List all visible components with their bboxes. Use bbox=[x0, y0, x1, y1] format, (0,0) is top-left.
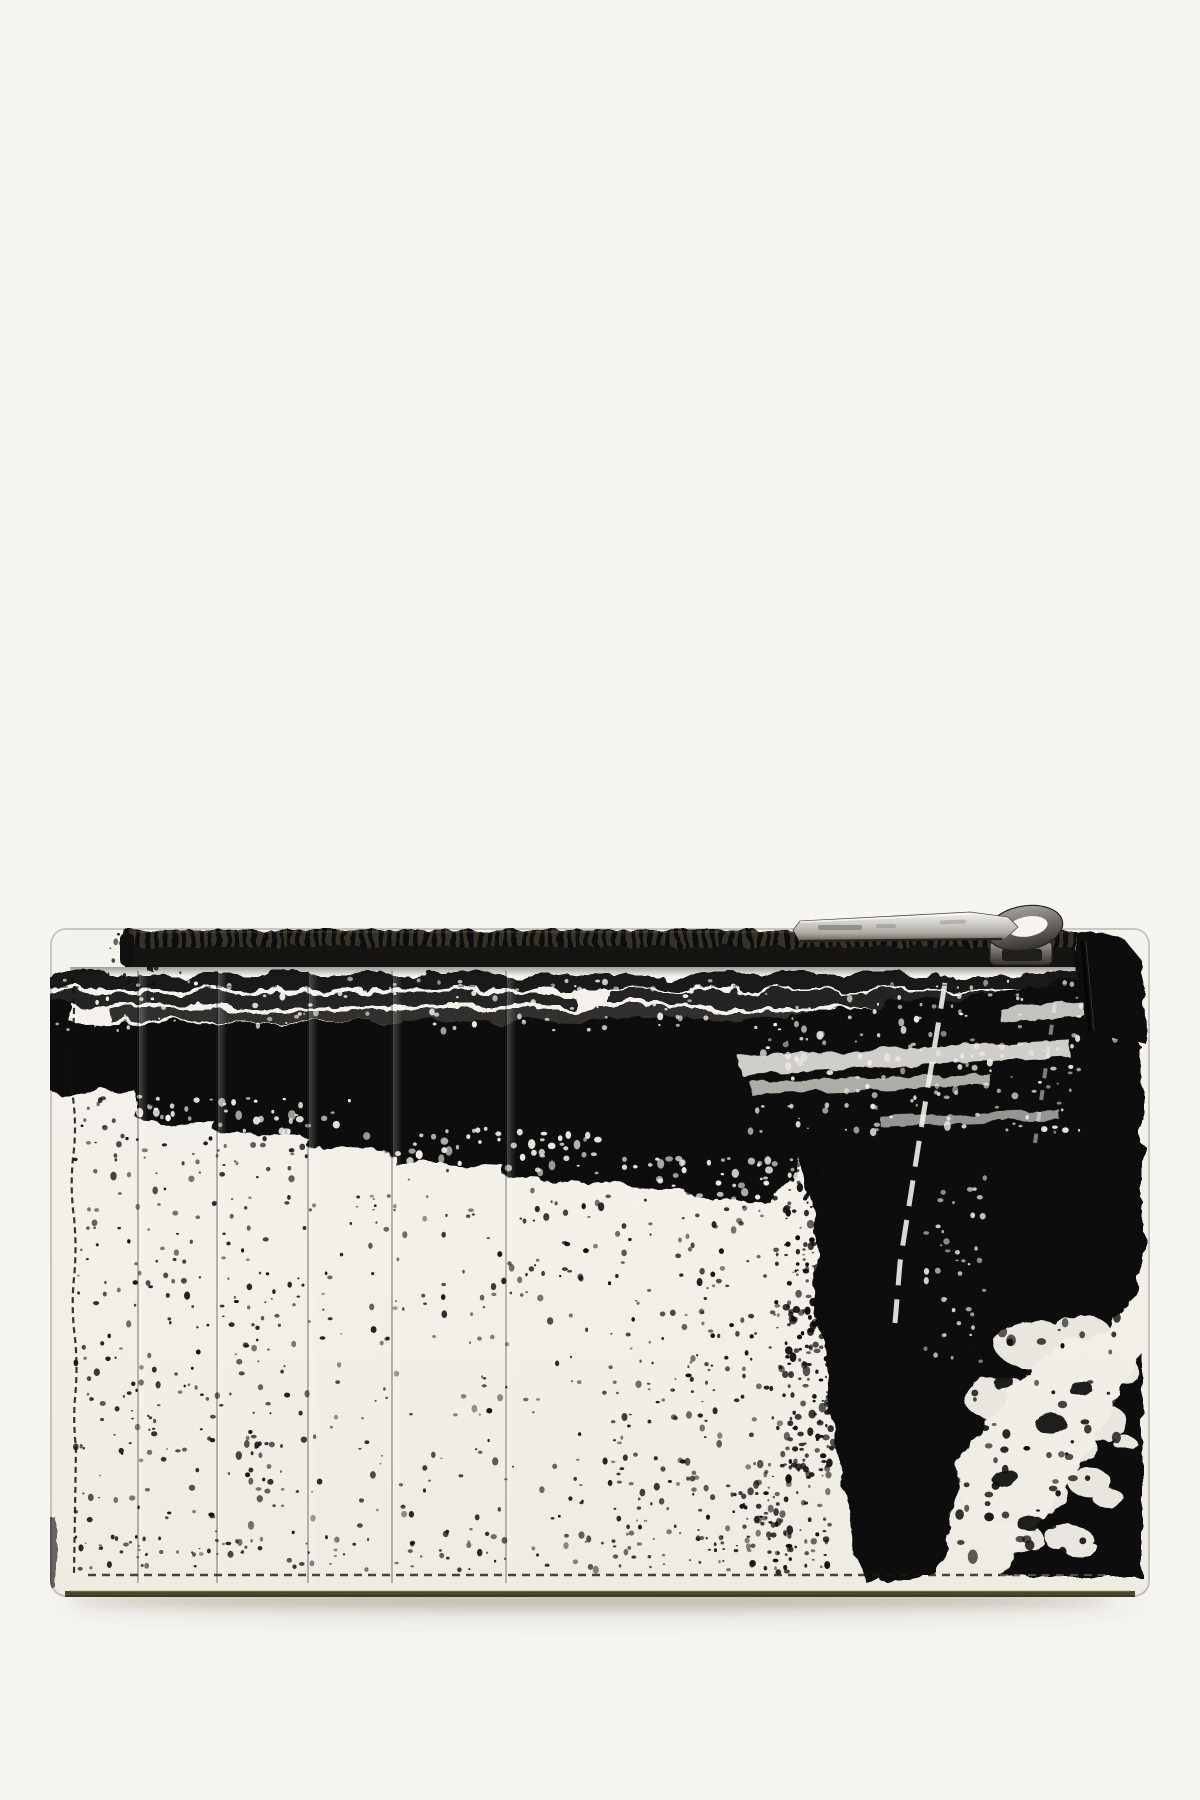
card-slot-crease-5 bbox=[505, 971, 516, 1583]
zipper-pull-tab bbox=[793, 912, 1018, 942]
pull-engraving bbox=[876, 924, 896, 928]
card-holder bbox=[50, 883, 1150, 1597]
under-tape-shadow bbox=[70, 967, 1075, 976]
card-slot-crease-2 bbox=[216, 971, 227, 1583]
pull-engraving bbox=[818, 925, 862, 930]
card-slot-crease-4 bbox=[391, 971, 402, 1583]
print-left-bar bbox=[46, 1001, 70, 1093]
zipper-tape-endcap bbox=[120, 933, 134, 966]
card-slot-crease-1 bbox=[137, 971, 148, 1583]
card-slot-crease-3 bbox=[307, 971, 318, 1583]
product-photo-canvas bbox=[0, 0, 1200, 1800]
